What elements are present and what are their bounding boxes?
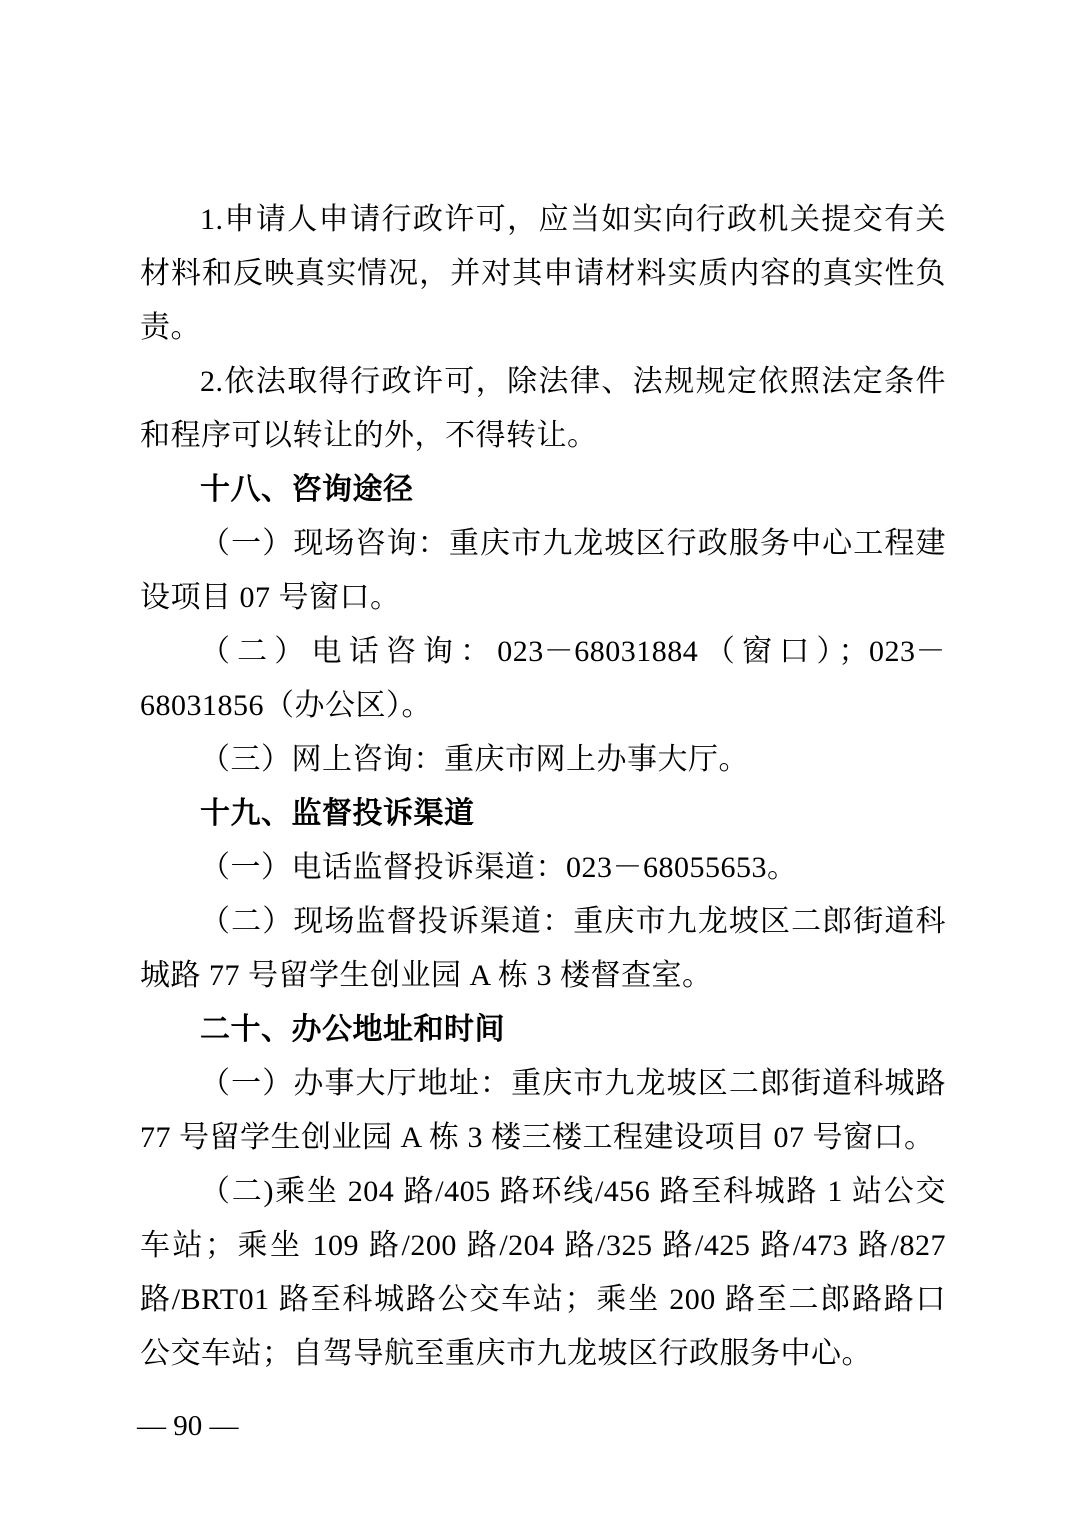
document-page: 1.申请人申请行政许可，应当如实向行政机关提交有关材料和反映真实情况，并对其申请… <box>0 0 1074 1520</box>
paragraph: 1.申请人申请行政许可，应当如实向行政机关提交有关材料和反映真实情况，并对其申请… <box>140 193 946 355</box>
section-heading: 十八、咨询途径 <box>140 463 946 517</box>
paragraph: （一）电话监督投诉渠道：023－68055653。 <box>140 841 946 895</box>
paragraph: 2.依法取得行政许可，除法律、法规规定依照法定条件和程序可以转让的外，不得转让。 <box>140 355 946 463</box>
paragraph: （二）现场监督投诉渠道：重庆市九龙坡区二郎街道科城路 77 号留学生创业园 A … <box>140 895 946 1003</box>
page-footer: — 90 — <box>137 1408 239 1444</box>
page-number: — 90 — <box>137 1410 239 1442</box>
paragraph: （一）办事大厅地址：重庆市九龙坡区二郎街道科城路 77 号留学生创业园 A 栋 … <box>140 1057 946 1165</box>
section-heading: 十九、监督投诉渠道 <box>140 787 946 841</box>
paragraph: （二)乘坐 204 路/405 路环线/456 路至科城路 1 站公交车站；乘坐… <box>140 1165 946 1381</box>
paragraph: （一）现场咨询：重庆市九龙坡区行政服务中心工程建设项目 07 号窗口。 <box>140 517 946 625</box>
section-heading: 二十、办公地址和时间 <box>140 1003 946 1057</box>
document-body: 1.申请人申请行政许可，应当如实向行政机关提交有关材料和反映真实情况，并对其申请… <box>140 193 946 1381</box>
paragraph: （二）电话咨询：023－68031884（窗口）；023－68031856（办公… <box>140 625 946 733</box>
paragraph: （三）网上咨询：重庆市网上办事大厅。 <box>140 733 946 787</box>
